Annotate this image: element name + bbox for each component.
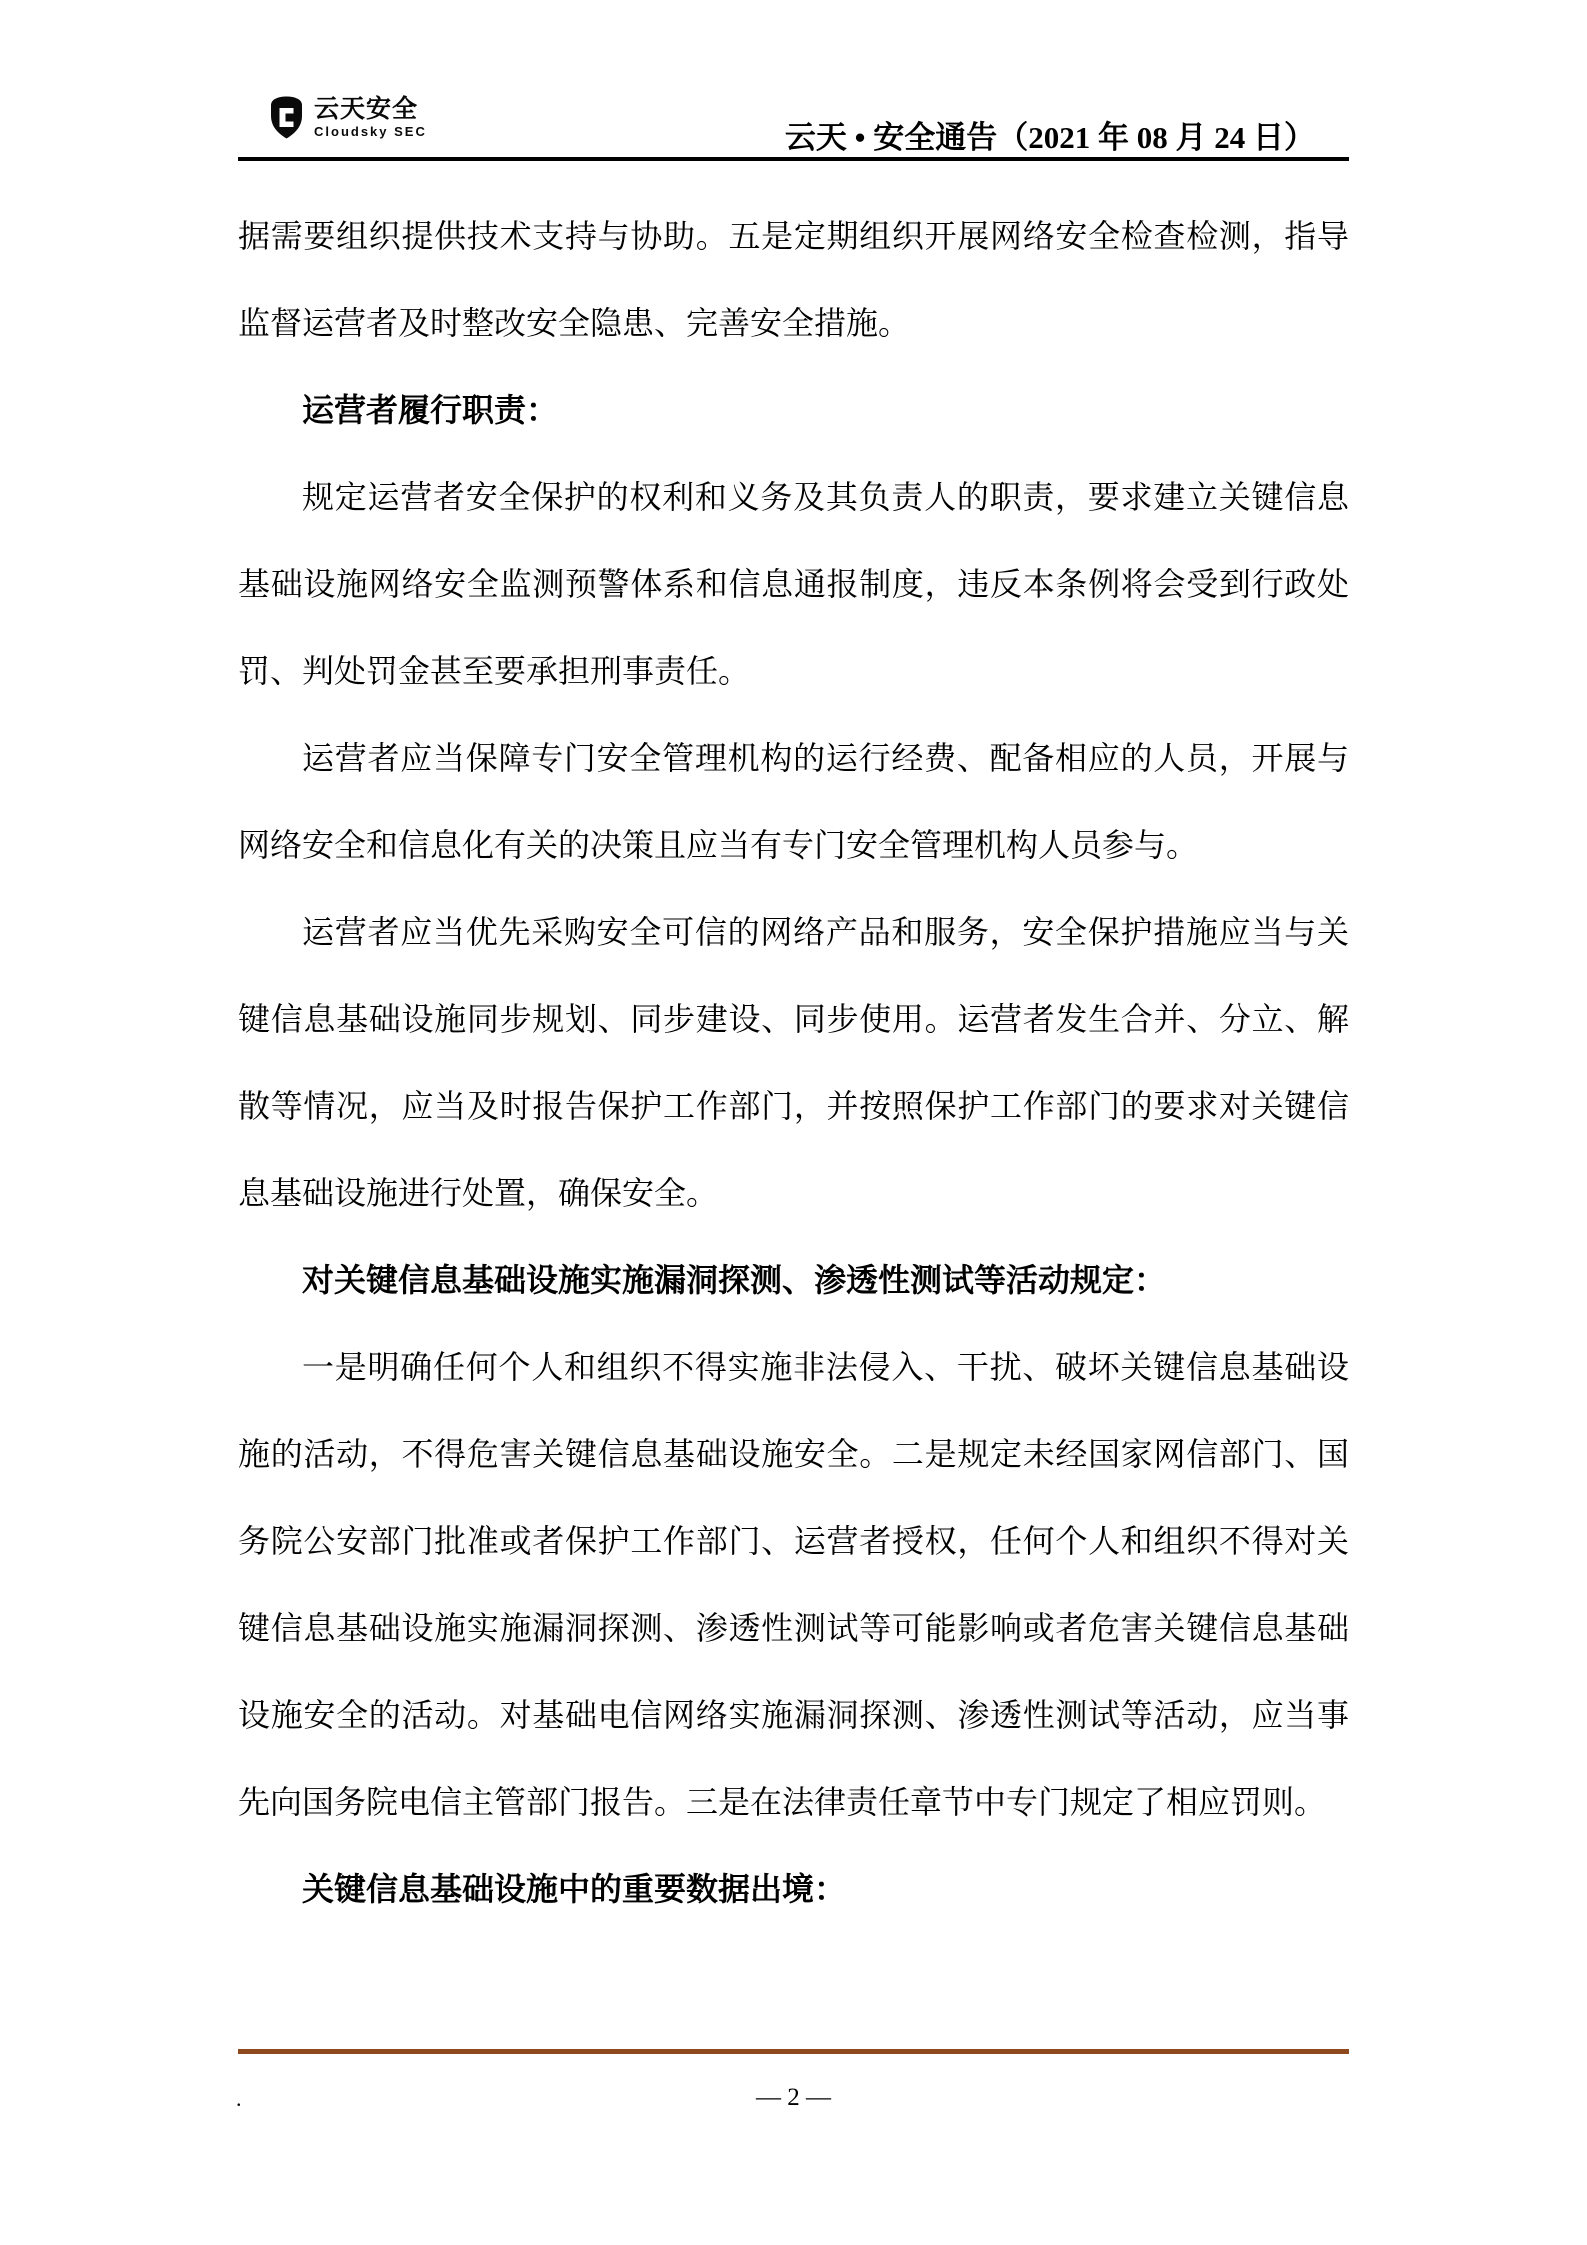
body-line: 散等情况，应当及时报告保护工作部门，并按照保护工作部门的要求对关键信 <box>238 1063 1349 1150</box>
header-rule <box>238 157 1349 161</box>
section-heading: 对关键信息基础设施实施漏洞探测、渗透性测试等活动规定： <box>238 1237 1349 1324</box>
body-line: 据需要组织提供技术支持与协助。五是定期组织开展网络安全检查检测，指导 <box>238 193 1349 280</box>
body-line: 务院公安部门批准或者保护工作部门、运营者授权，任何个人和组织不得对关 <box>238 1498 1349 1585</box>
document-body: 据需要组织提供技术支持与协助。五是定期组织开展网络安全检查检测，指导监督运营者及… <box>238 193 1349 1933</box>
section-heading: 关键信息基础设施中的重要数据出境： <box>238 1846 1349 1933</box>
body-line: 罚、判处罚金甚至要承担刑事责任。 <box>238 628 1349 715</box>
document-page: 云天安全 Cloudsky SEC 云天 • 安全通告（2021 年 08 月 … <box>0 0 1587 2245</box>
shield-c-logo-icon <box>268 96 305 139</box>
body-line: 网络安全和信息化有关的决策且应当有专门安全管理机构人员参与。 <box>238 802 1349 889</box>
section-heading: 运营者履行职责： <box>238 367 1349 454</box>
body-line: 运营者应当保障专门安全管理机构的运行经费、配备相应的人员，开展与 <box>238 715 1349 802</box>
body-line: 键信息基础设施同步规划、同步建设、同步使用。运营者发生合并、分立、解 <box>238 976 1349 1063</box>
brand-name-cn: 云天安全 <box>314 96 427 123</box>
body-line: 息基础设施进行处置，确保安全。 <box>238 1150 1349 1237</box>
page-number: — 2 — <box>238 2084 1349 2112</box>
body-line: 规定运营者安全保护的权利和义务及其负责人的职责，要求建立关键信息 <box>238 454 1349 541</box>
body-line: 键信息基础设施实施漏洞探测、渗透性测试等可能影响或者危害关键信息基础 <box>238 1585 1349 1672</box>
company-logo: 云天安全 Cloudsky SEC <box>268 96 427 139</box>
body-line: 施的活动，不得危害关键信息基础设施安全。二是规定未经国家网信部门、国 <box>238 1411 1349 1498</box>
body-line: 运营者应当优先采购安全可信的网络产品和服务，安全保护措施应当与关 <box>238 889 1349 976</box>
brand-name-en: Cloudsky SEC <box>314 124 427 139</box>
document-header-title: 云天 • 安全通告（2021 年 08 月 24 日） <box>785 112 1315 157</box>
body-line: 设施安全的活动。对基础电信网络实施漏洞探测、渗透性测试等活动，应当事 <box>238 1672 1349 1759</box>
body-line: 基础设施网络安全监测预警体系和信息通报制度，违反本条例将会受到行政处 <box>238 541 1349 628</box>
body-line: 一是明确任何个人和组织不得实施非法侵入、干扰、破坏关键信息基础设 <box>238 1324 1349 1411</box>
footer-rule <box>238 2049 1349 2054</box>
body-line: 先向国务院电信主管部门报告。三是在法律责任章节中专门规定了相应罚则。 <box>238 1759 1349 1846</box>
body-line: 监督运营者及时整改安全隐患、完善安全措施。 <box>238 280 1349 367</box>
